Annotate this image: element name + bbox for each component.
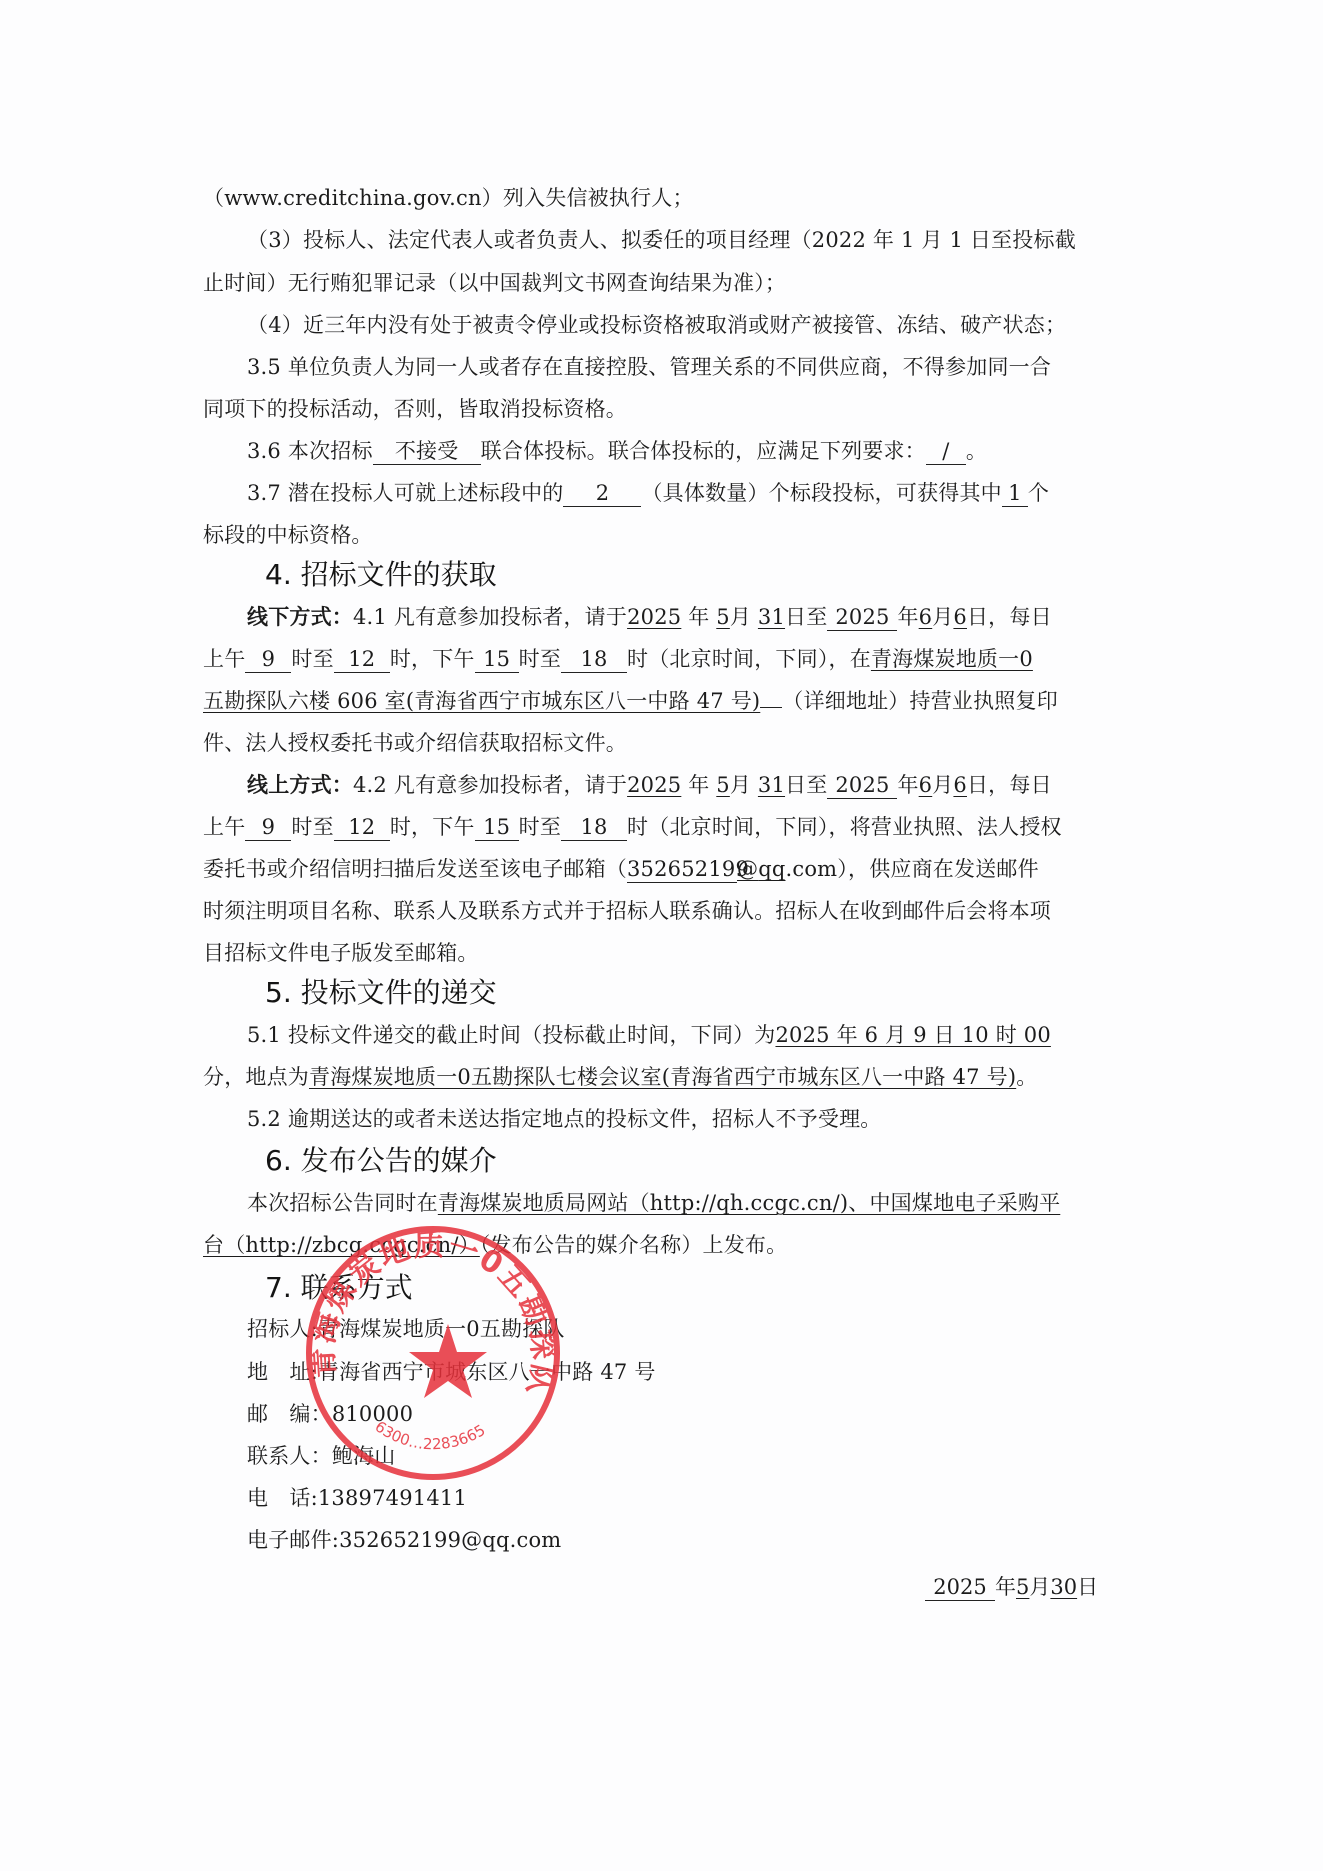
- offline-start-month: 5: [716, 605, 730, 629]
- contact-row-person: 联系人：鲍海山: [247, 1441, 1119, 1471]
- submission-location: 青海煤炭地质一0五勘探队七楼会议室(青海省西宁市城东区八一中路 47 号): [309, 1065, 1016, 1089]
- clause-3-6-middle: 联合体投标。联合体投标的，应满足下列要求：: [481, 439, 926, 463]
- contact-row-postcode: 邮 编：810000: [247, 1399, 1119, 1429]
- continuation-line: （www.creditchina.gov.cn）列入失信被执行人；: [203, 183, 1119, 213]
- offline-end-month: 6: [919, 605, 933, 629]
- clause-5-1-line-1: 5.1 投标文件递交的截止时间（投标截止时间，下同）为2025 年 6 月 9 …: [247, 1020, 1119, 1050]
- clause-5-1-line-2-suffix: 。: [1016, 1065, 1037, 1089]
- online-am-end: 12: [334, 814, 390, 841]
- signature-month-suffix: 月: [1029, 1575, 1050, 1599]
- contact-row-email: 电子邮件:352652199@qq.com: [247, 1525, 1119, 1555]
- online-line-5: 目招标文件电子版发至邮箱。: [203, 938, 1119, 968]
- offline-start-year: 2025: [627, 605, 681, 629]
- online-end-day: 6: [953, 773, 967, 797]
- online-line-1: 线上方式：4.2 凡有意参加投标者，请于2025 年 5月 31日至2025年6…: [247, 770, 1119, 800]
- clause-3-5-line-2: 同项下的投标活动，否则，皆取消投标资格。: [203, 394, 1119, 424]
- online-line-2: 上午9时至12时，下午15时至18时（北京时间，下同），将营业执照、法人授权: [203, 812, 1119, 842]
- online-line-3: 委托书或介绍信明扫描后发送至该电子邮箱（352652199@qq.com），供应…: [203, 854, 1119, 884]
- contact-label: 邮 编：: [247, 1402, 332, 1426]
- clause-3-7-suffix: 个: [1028, 481, 1049, 505]
- clause-3-7-line-2: 标段的中标资格。: [203, 520, 1119, 550]
- clause-3-5-line-1: 3.5 单位负责人为同一人或者存在直接控股、管理关系的不同供应商，不得参加同一合: [247, 352, 1119, 382]
- contact-row-tenderer: 招标人:青海煤炭地质一0五勘探队: [247, 1314, 1119, 1344]
- offline-intro: 4.1 凡有意参加投标者，请于: [353, 605, 627, 629]
- item-4-line: （4）近三年内没有处于被责令停业或投标资格被取消或财产被接管、冻结、破产状态；: [247, 310, 1119, 340]
- online-pm-start: 15: [475, 814, 519, 841]
- signature-month: 5: [1016, 1575, 1029, 1599]
- win-count-field: 1: [1002, 480, 1028, 507]
- contact-label: 招标人:: [247, 1317, 318, 1341]
- item-3-line-1: （3）投标人、法定代表人或者负责人、拟委任的项目经理（2022 年 1 月 1 …: [247, 225, 1119, 255]
- clause-3-6-suffix: 。: [966, 439, 987, 463]
- online-label: 线上方式：: [247, 773, 353, 797]
- contact-value: 352652199@qq.com: [339, 1528, 561, 1552]
- item-3-text: （3）投标人、法定代表人或者负责人、拟委任的项目经理（2022 年 1 月 1 …: [247, 225, 1076, 255]
- signature-year-suffix: 年: [995, 1575, 1016, 1599]
- contact-row-phone: 电 话:13897491411: [247, 1483, 1119, 1513]
- clause-5-1-line-2-prefix: 分，地点为: [203, 1065, 309, 1089]
- contact-value: 青海煤炭地质一0五勘探队: [318, 1317, 565, 1341]
- clause-3-7-prefix: 3.7 潜在投标人可就上述标段中的: [247, 481, 563, 505]
- online-start-day: 31: [758, 773, 785, 797]
- offline-line-4: 件、法人授权委托书或介绍信获取招标文件。: [203, 728, 1119, 758]
- clause-3-7-middle: （具体数量）个标段投标，可获得其中: [641, 481, 1001, 505]
- media-line-1: 本次招标公告同时在青海煤炭地质局网站（http://qh.ccgc.cn/)、中…: [247, 1188, 1119, 1218]
- offline-address-blank: [760, 707, 782, 708]
- offline-pm-start: 15: [475, 646, 519, 673]
- contact-label: 电 话:: [247, 1486, 318, 1510]
- offline-label: 线下方式：: [247, 605, 353, 629]
- contact-label: 电子邮件:: [247, 1528, 339, 1552]
- contact-label: 地 址:: [247, 1360, 318, 1384]
- contact-value: 青海省西宁市城东区八一中路 47 号: [318, 1360, 656, 1384]
- online-end-month: 6: [919, 773, 933, 797]
- offline-address-part-1: 青海煤炭地质一0: [871, 647, 1033, 671]
- online-line-4: 时须注明项目名称、联系人及联系方式并于招标人联系确认。招标人在收到邮件后会将本项: [203, 896, 1119, 926]
- clause-3-6: 3.6 本次招标不接受联合体投标。联合体投标的，应满足下列要求：/。: [247, 436, 1119, 466]
- online-intro: 4.2 凡有意参加投标者，请于: [353, 773, 627, 797]
- media-line-2: 台（http://zbcg.ccgc.cn/）（发布公告的媒介名称）上发布。: [203, 1230, 1119, 1260]
- offline-pm-end: 18: [561, 646, 627, 673]
- online-daily: 每日: [1009, 773, 1051, 797]
- offline-line-2: 上午9时至12时，下午15时至18时（北京时间，下同），在青海煤炭地质一0: [203, 644, 1119, 674]
- signature-date: 2025年5月30日: [925, 1572, 1098, 1602]
- consortium-acceptance-field: 不接受: [373, 438, 481, 465]
- online-email-at: @: [737, 857, 758, 881]
- online-email-domain: qq: [758, 857, 785, 881]
- offline-am-start: 9: [245, 646, 291, 673]
- contact-value: 鲍海山: [332, 1444, 396, 1468]
- clause-3-7: 3.7 潜在投标人可就上述标段中的2（具体数量）个标段投标，可获得其中1个: [247, 478, 1119, 508]
- lot-count-field: 2: [563, 480, 641, 507]
- media-suffix: （发布公告的媒介名称）上发布。: [480, 1233, 788, 1257]
- section-7-heading: 7. 联系方式: [265, 1270, 413, 1306]
- online-start-month: 5: [716, 773, 730, 797]
- signature-day-suffix: 日: [1077, 1575, 1098, 1599]
- online-email-user: 352652199: [627, 856, 737, 883]
- online-am-start: 9: [245, 814, 291, 841]
- signature-day: 30: [1050, 1575, 1077, 1599]
- contact-value: 810000: [332, 1402, 413, 1426]
- signature-year: 2025: [925, 1574, 995, 1601]
- online-email-suffix: .com），供应商在发送邮件: [786, 857, 1039, 881]
- offline-line-3: 五勘探队六楼 606 室(青海省西宁市城东区八一中路 47 号)（详细地址）持营…: [203, 686, 1119, 716]
- section-5-heading: 5. 投标文件的递交: [265, 975, 497, 1011]
- offline-address-part-2: 五勘探队六楼 606 室(青海省西宁市城东区八一中路 47 号): [203, 689, 760, 713]
- online-time-note: 时（北京时间，下同），将营业执照、法人授权: [627, 815, 1062, 839]
- document-page: （www.creditchina.gov.cn）列入失信被执行人； （3）投标人…: [0, 0, 1323, 1871]
- offline-line-1: 线下方式：4.1 凡有意参加投标者，请于2025 年 5月 31日至2025年6…: [247, 602, 1119, 632]
- contact-label: 联系人：: [247, 1444, 332, 1468]
- section-6-heading: 6. 发布公告的媒介: [265, 1143, 497, 1179]
- item-3-line-2: 止时间）无行贿犯罪记录（以中国裁判文书网查询结果为准）；: [203, 268, 1119, 298]
- online-email-prefix: 委托书或介绍信明扫描后发送至该电子邮箱（: [203, 857, 627, 881]
- section-4-heading: 4. 招标文件的获取: [265, 557, 497, 593]
- clause-5-1-prefix: 5.1 投标文件递交的截止时间（投标截止时间，下同）为: [247, 1023, 775, 1047]
- contact-row-address: 地 址:青海省西宁市城东区八一中路 47 号: [247, 1357, 1119, 1387]
- submission-deadline: 2025 年 6 月 9 日 10 时 00: [775, 1023, 1050, 1047]
- offline-end-day: 6: [953, 605, 967, 629]
- online-pm-end: 18: [561, 814, 627, 841]
- media-prefix: 本次招标公告同时在: [247, 1191, 438, 1215]
- media-names-part-1: 青海煤炭地质局网站（http://qh.ccgc.cn/)、中国煤地电子采购平: [438, 1191, 1060, 1215]
- clause-3-6-prefix: 3.6 本次招标: [247, 439, 373, 463]
- clause-5-1-line-2: 分，地点为青海煤炭地质一0五勘探队七楼会议室(青海省西宁市城东区八一中路 47 …: [203, 1062, 1119, 1092]
- contact-value: 13897491411: [318, 1486, 467, 1510]
- offline-end-year: 2025: [827, 604, 897, 631]
- offline-daily: 每日: [1009, 605, 1051, 629]
- online-end-year: 2025: [827, 772, 897, 799]
- media-names-part-2: 台（http://zbcg.ccgc.cn/）: [203, 1233, 480, 1257]
- offline-address-note: （详细地址）持营业执照复印: [782, 689, 1058, 713]
- offline-time-note: 时（北京时间，下同），在: [627, 647, 871, 671]
- clause-5-2: 5.2 逾期送达的或者未送达指定地点的投标文件，招标人不予受理。: [247, 1104, 1119, 1134]
- consortium-requirement-field: /: [926, 438, 966, 465]
- online-start-year: 2025: [627, 773, 681, 797]
- offline-am-end: 12: [334, 646, 390, 673]
- offline-start-day: 31: [758, 605, 785, 629]
